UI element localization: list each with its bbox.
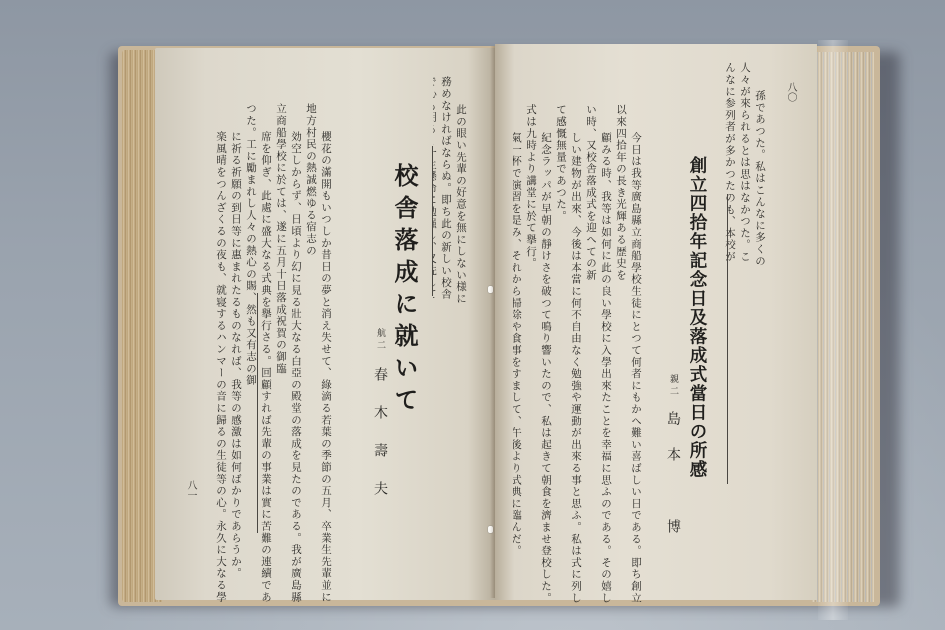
section-rule xyxy=(727,194,728,484)
page-number: 八〇 xyxy=(783,82,798,102)
body-line: 顧みる時、我等は如何に此の良い學校に入學出來たことを幸福に思ふのである。その嬉し… xyxy=(585,104,612,604)
right-page-intro-text: 孫であつた。私はこんなに多くの人々が來られるとは思はなかつた。こんなに参列者が多… xyxy=(722,62,782,267)
intro-line: 孫であつた。私はこんなに多くの人々が來られるとは思はなかつた。こんなに参列者が多… xyxy=(722,62,766,267)
author-grade: 親二 xyxy=(668,374,678,398)
glass-reflection xyxy=(818,40,848,620)
author-grade: 航二 xyxy=(375,328,385,352)
body-line: 席を仰ぎ、此處に盛大なる式典を擧行さる。回顧すれば先輩の事業は實に苦難の連續であ… xyxy=(245,103,272,603)
author-name: 島本 博 xyxy=(663,411,683,555)
body-line: 氣一杯で演習を是み、それから掃除や食事をすまして、午後より式典に臨んだ。 xyxy=(513,132,522,557)
body-line: しい建物が出來、今後は本當に何不自由なく勉強や運動が出來る事と思ふ。私は式に列し… xyxy=(555,104,582,604)
body-line: に祈る祈願の到日等に惠まれたるものなれば、我等の感激は如何ばかりであらうか。 xyxy=(230,131,242,579)
left-page-body-text: 櫻花の滿開もいつしか昔日の夢と消え失せて、綠滴る若葉の季節の五月、卒業生先輩並に… xyxy=(213,103,348,603)
author-byline: 航二 春木壽夫 xyxy=(370,328,390,588)
section-rule xyxy=(432,146,433,296)
right-page: 孫であつた。私はこんなに多くの人々が來られるとは思はなかつた。こんなに参列者が多… xyxy=(495,44,817,600)
body-line: 紀念ラッパが早朝の靜けさを破つて鳴り響いたので、私は起きて朝食を濟ませ登校した。… xyxy=(525,104,552,604)
article-title: 校舎落成に就いて xyxy=(387,163,422,419)
right-page-body-text: 今日は我等廣島縣立商船學校生徒にとつて何者にもかへ難い喜ばしい日である。即ち創立… xyxy=(513,104,658,604)
body-line: 楽風晴をつんざくるの夜も、就寝するハンマーの音に歸るの生徒等の心。永久に大なる學… xyxy=(213,103,227,603)
body-line: 櫻花の滿開もいつしか昔日の夢と消え失せて、綠滴る若葉の季節の五月、卒業生先輩並に… xyxy=(305,103,332,603)
intro-line: 此の眼い先輩の好意を無にしない様に務めなければならぬ。即ち此の新しい校舎で心も明… xyxy=(433,76,467,304)
author-byline: 親二 島本 博 xyxy=(663,374,683,604)
author-name: 春木壽夫 xyxy=(370,367,390,519)
body-line: 効空しからず、日頃より幻に見る壯大なる白亞の殿堂の落成を見たのである。我が廣島縣… xyxy=(275,103,302,603)
photo-scene: 此の眼い先輩の好意を無にしない様に務めなければならぬ。即ち此の新しい校舎で心も明… xyxy=(0,0,945,630)
body-line: 今日は我等廣島縣立商船學校生徒にとつて何者にもかへ難い喜ばしい日である。即ち創立… xyxy=(615,104,642,604)
left-page: 此の眼い先輩の好意を無にしない様に務めなければならぬ。即ち此の新しい校舎で心も明… xyxy=(155,48,495,600)
article-title: 創立四拾年記念日及落成式當日の所感 xyxy=(685,156,710,479)
page-number: 八一 xyxy=(183,480,198,500)
left-page-intro-text: 此の眼い先輩の好意を無にしない様に務めなければならぬ。即ち此の新しい校舎で心も明… xyxy=(433,76,483,311)
